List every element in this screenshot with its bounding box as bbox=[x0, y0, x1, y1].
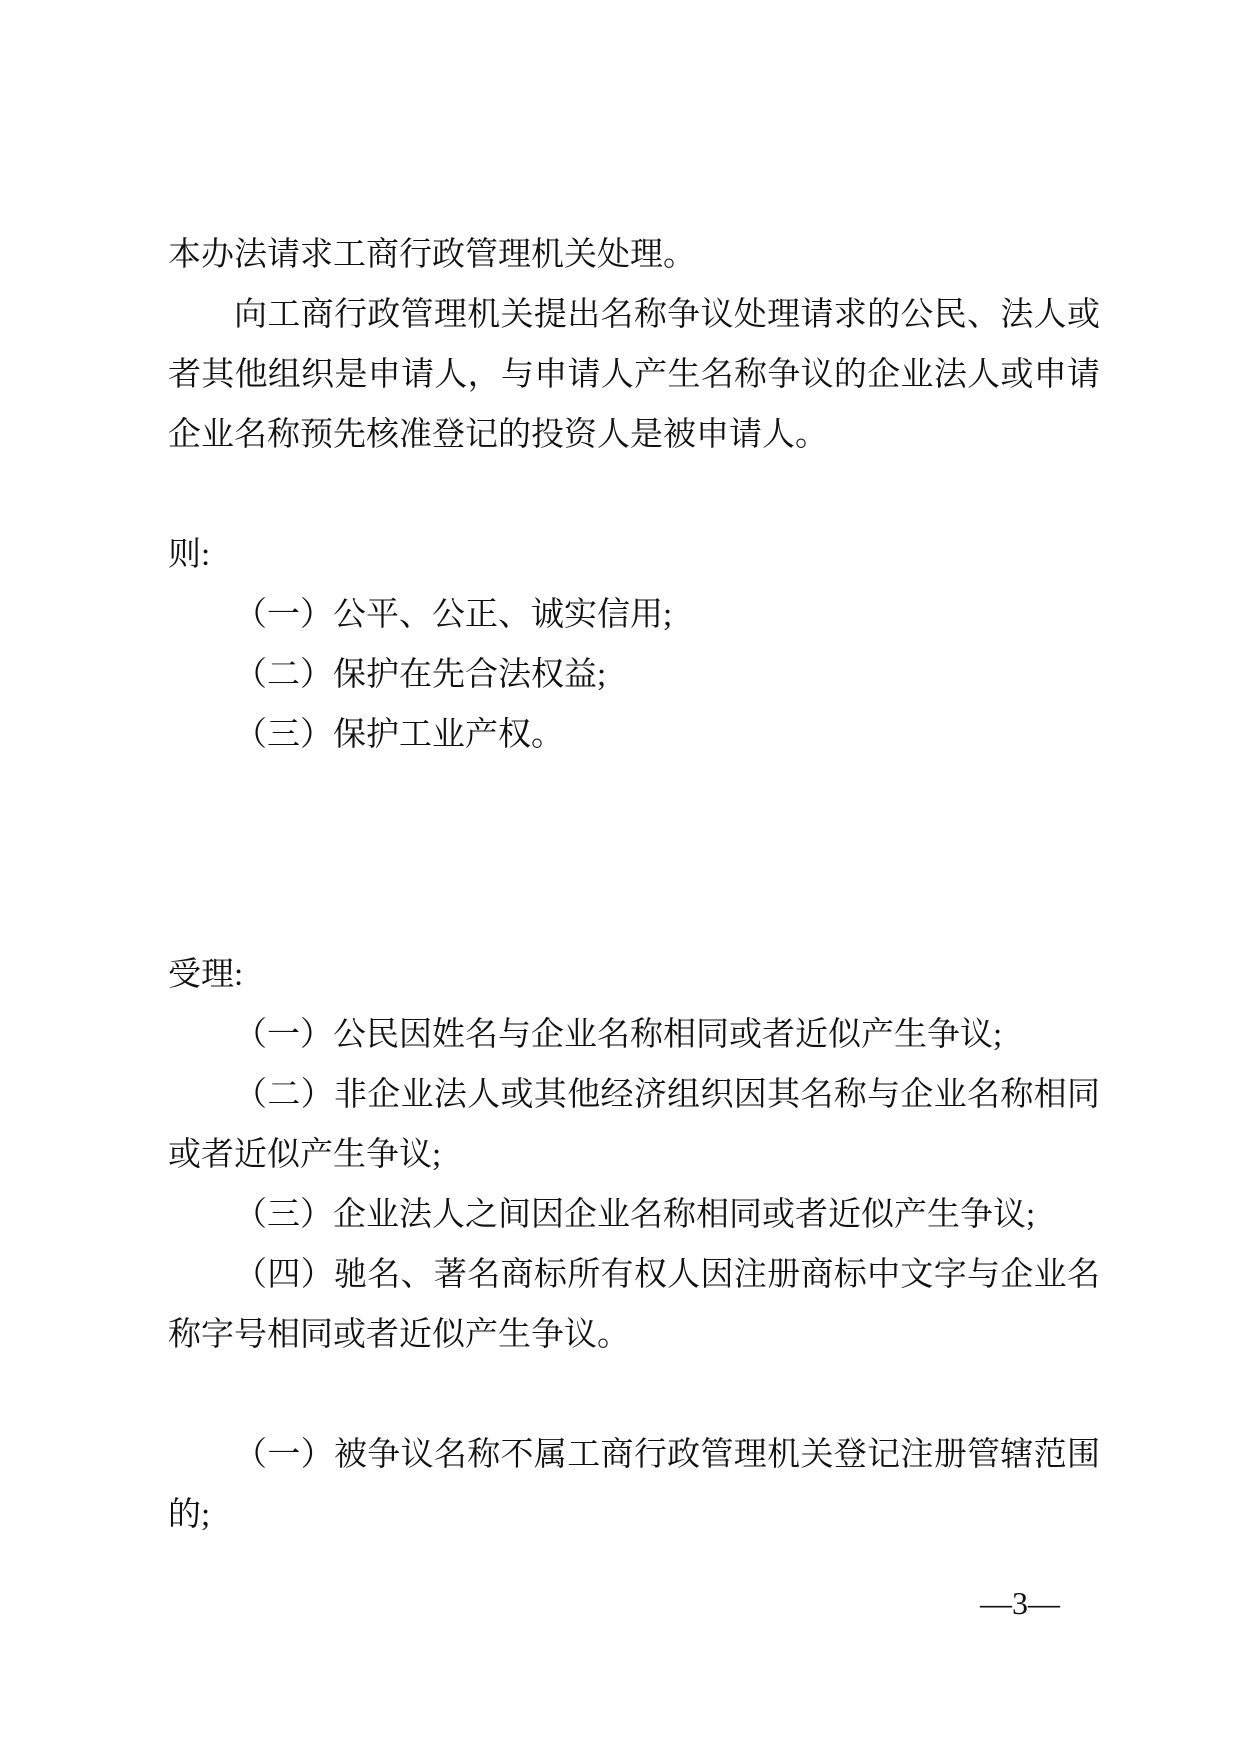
list-item: （二）非企业法人或其他经济组织因其名称与企业名称相同 bbox=[168, 1065, 1100, 1125]
text-line: 者其他组织是申请人，与申请人产生名称争议的企业法人或申请 bbox=[168, 345, 1100, 405]
document-page: 本办法请求工商行政管理机关处理。 向工商行政管理机关提出名称争议处理请求的公民、… bbox=[0, 0, 1241, 1754]
text-line-article-6: 第六条名称争议申请具有下列情形之一的，承办机构予以 bbox=[168, 885, 1100, 945]
text-line: 或者近似产生争议; bbox=[168, 1125, 1100, 1185]
blank-line bbox=[168, 765, 1100, 825]
text-line: 的; bbox=[168, 1485, 1100, 1545]
list-item: （一）公民因姓名与企业名称相同或者近似产生争议; bbox=[168, 1005, 1100, 1065]
list-item: （二）保护在先合法权益; bbox=[168, 645, 1100, 705]
text-line-article-7: 第七条名称争议申请具有下列情形之一的，不予受理: bbox=[168, 1365, 1100, 1425]
text-line: 本办法请求工商行政管理机关处理。 bbox=[168, 225, 1100, 285]
list-item: （三）企业法人之间因企业名称相同或者近似产生争议; bbox=[168, 1185, 1100, 1245]
document-body: 本办法请求工商行政管理机关处理。 向工商行政管理机关提出名称争议处理请求的公民、… bbox=[168, 225, 1100, 1545]
page-number: —3— bbox=[975, 1585, 1065, 1621]
text-line: 企业名称预先核准登记的投资人是被申请人。 bbox=[168, 405, 1100, 465]
text-line: 称字号相同或者近似产生争议。 bbox=[168, 1305, 1100, 1365]
text-line: 受理: bbox=[168, 945, 1100, 1005]
chapter-heading: 第二章名称争议受理范围 bbox=[168, 825, 1100, 885]
text-line-article-5: 第五条工商行政管理机关处理名称争议应当遵循下列原 bbox=[168, 465, 1100, 525]
text-line: 则: bbox=[168, 525, 1100, 585]
list-item: （一）公平、公正、诚实信用; bbox=[168, 585, 1100, 645]
list-item: （四）驰名、著名商标所有权人因注册商标中文字与企业名 bbox=[168, 1245, 1100, 1305]
list-item: （一）被争议名称不属工商行政管理机关登记注册管辖范围 bbox=[168, 1425, 1100, 1485]
list-item: （三）保护工业产权。 bbox=[168, 705, 1100, 765]
text-line: 向工商行政管理机关提出名称争议处理请求的公民、法人或 bbox=[168, 285, 1100, 345]
